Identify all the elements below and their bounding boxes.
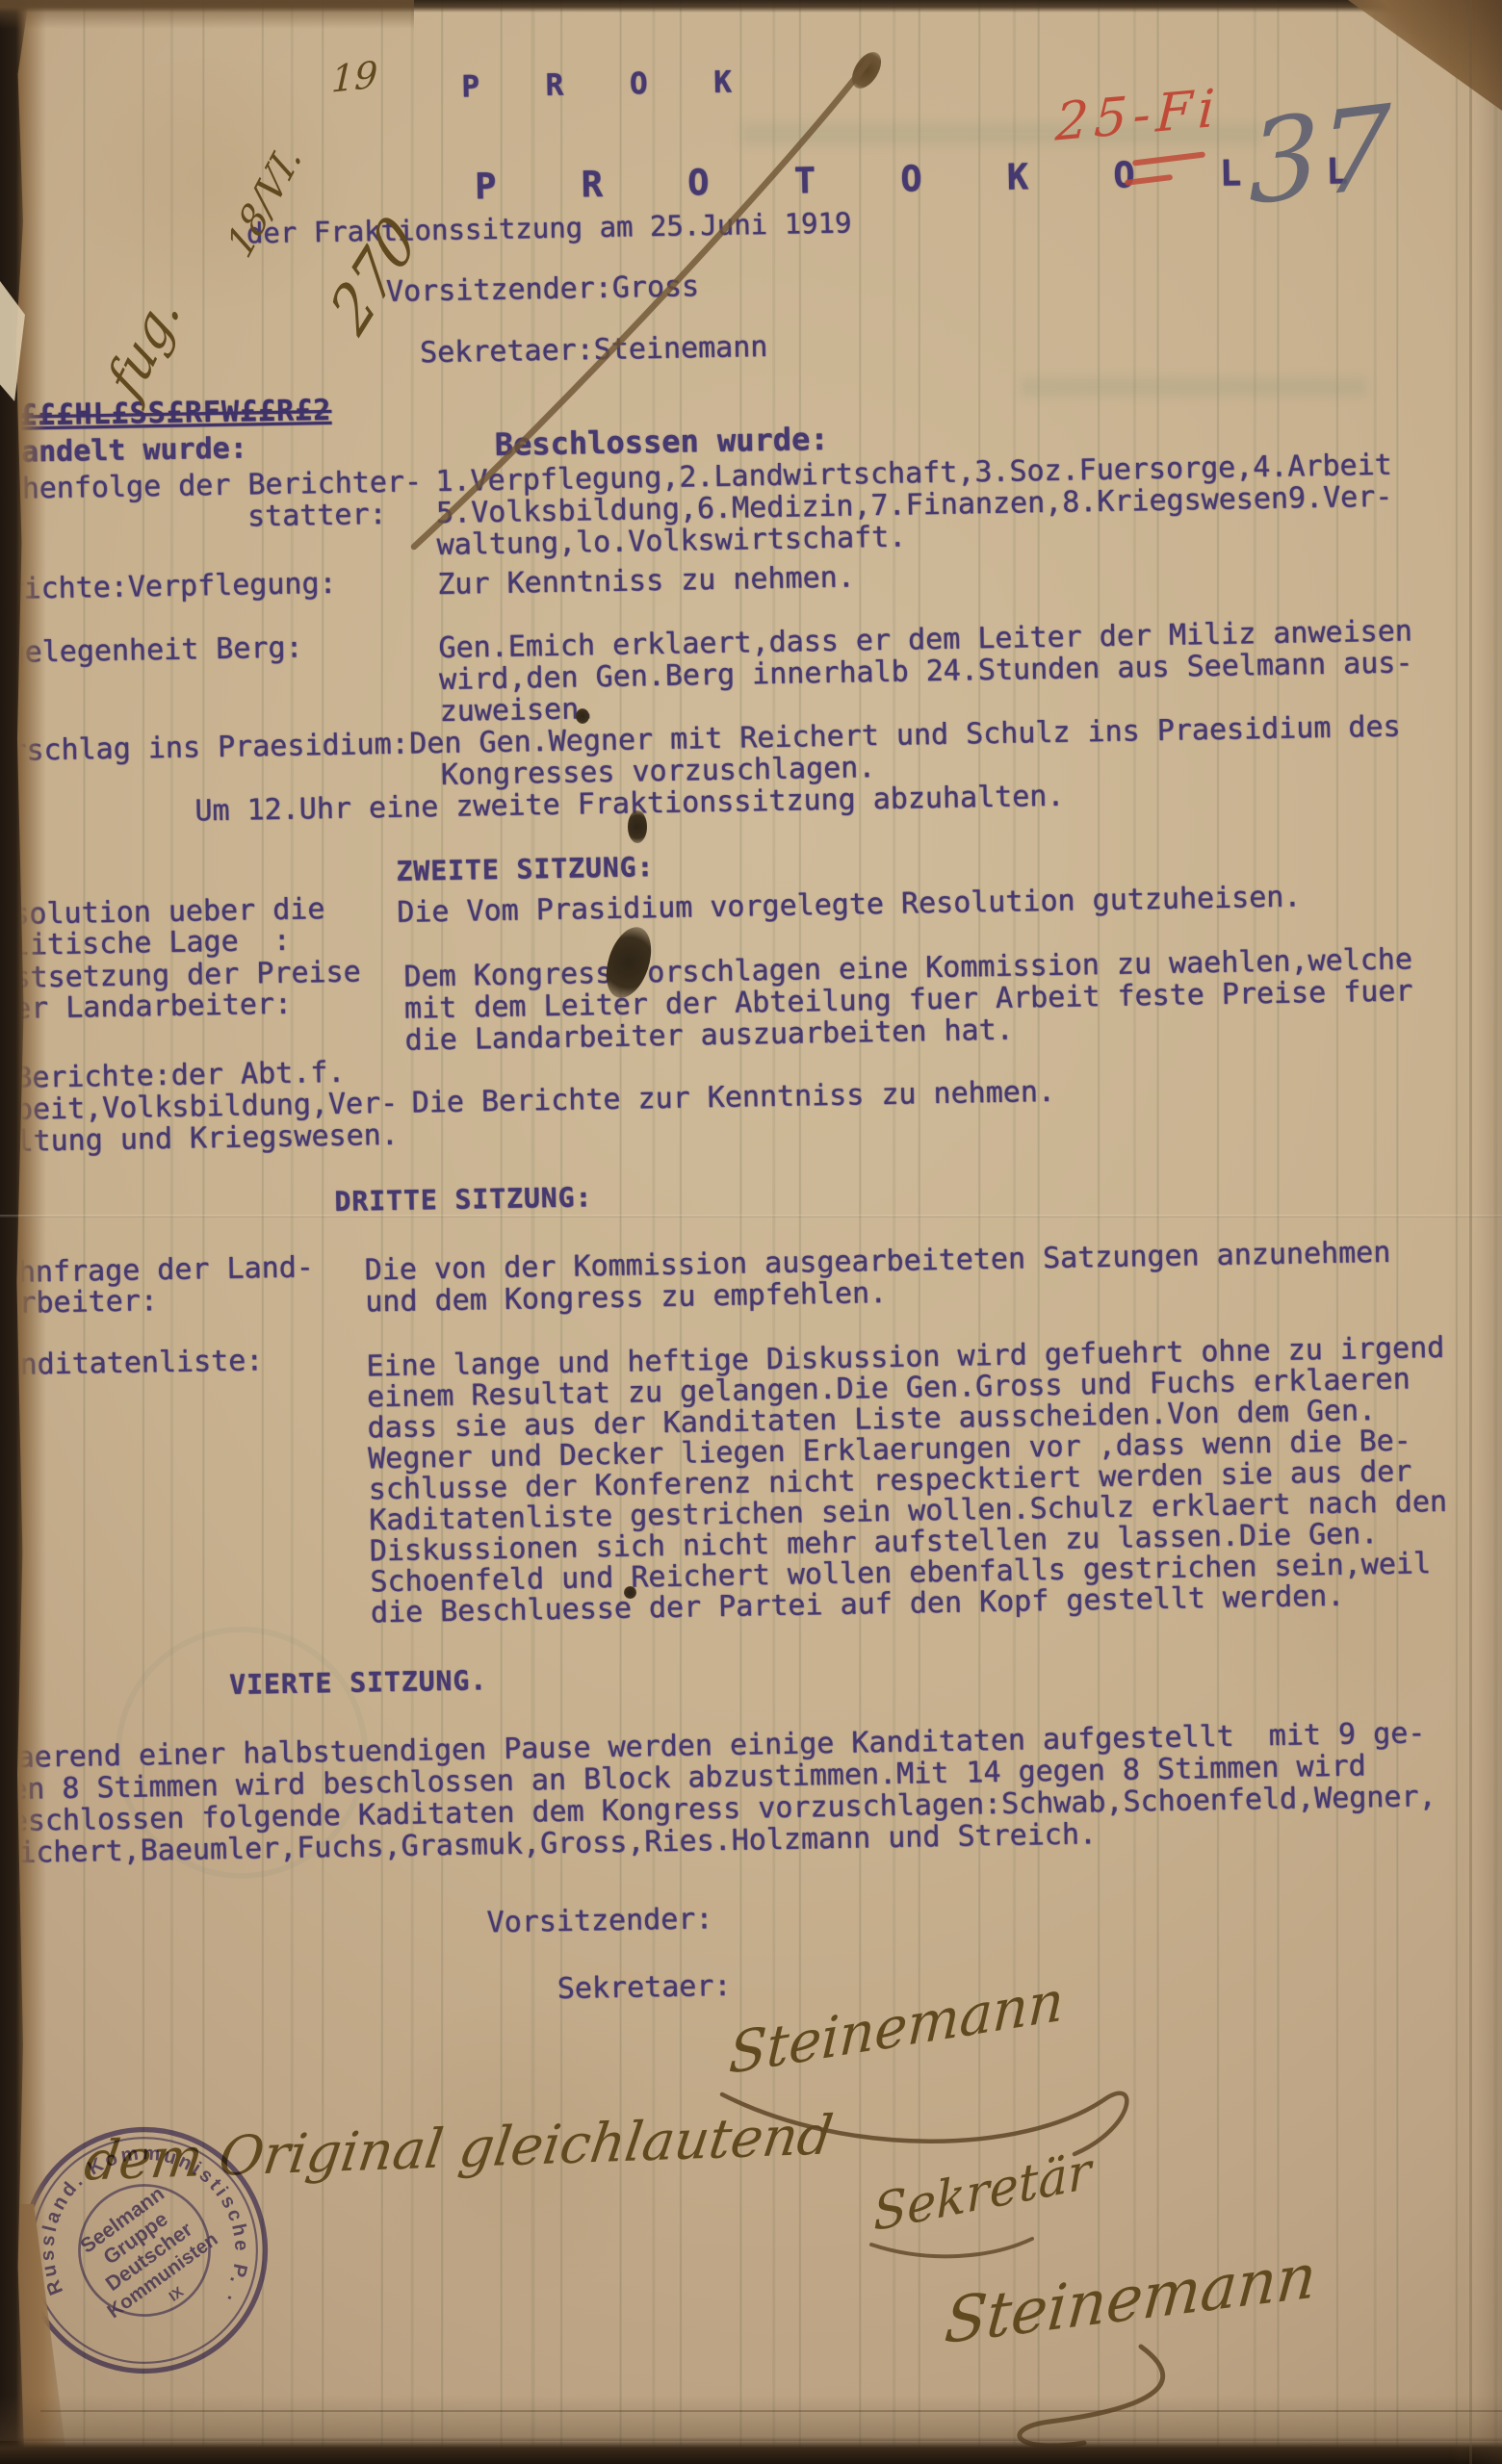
top-left-cover-strip	[0, 0, 414, 29]
right-edge-shade	[1472, 0, 1502, 2464]
date-note: 18/VI.	[220, 135, 310, 266]
certifier-signature: Steinemann	[942, 2241, 1319, 2359]
red-underline	[1132, 151, 1205, 166]
corner-number-note: 19	[330, 53, 378, 100]
secretary-signature: Steinemann	[727, 1967, 1065, 2087]
horizontal-crease	[0, 1215, 1502, 1218]
bottom-shadow	[0, 2395, 1502, 2441]
red-classification-mark: 25-Fi	[1054, 77, 1222, 152]
certifier-title: Sekretär	[873, 2143, 1092, 2244]
bottom-edge	[0, 2437, 1502, 2464]
margin-note: fug.	[96, 281, 191, 409]
red-underline	[1125, 174, 1173, 186]
handwritten-layer: 19 18/VI. 270 fug. 25-Fi 37 Steinemann d…	[0, 0, 1502, 2464]
registry-number-note: 270	[318, 202, 429, 348]
document-page: P R O K P R O T O K O L L der Fraktionss…	[0, 0, 1502, 2464]
page-number: 37	[1247, 79, 1392, 230]
